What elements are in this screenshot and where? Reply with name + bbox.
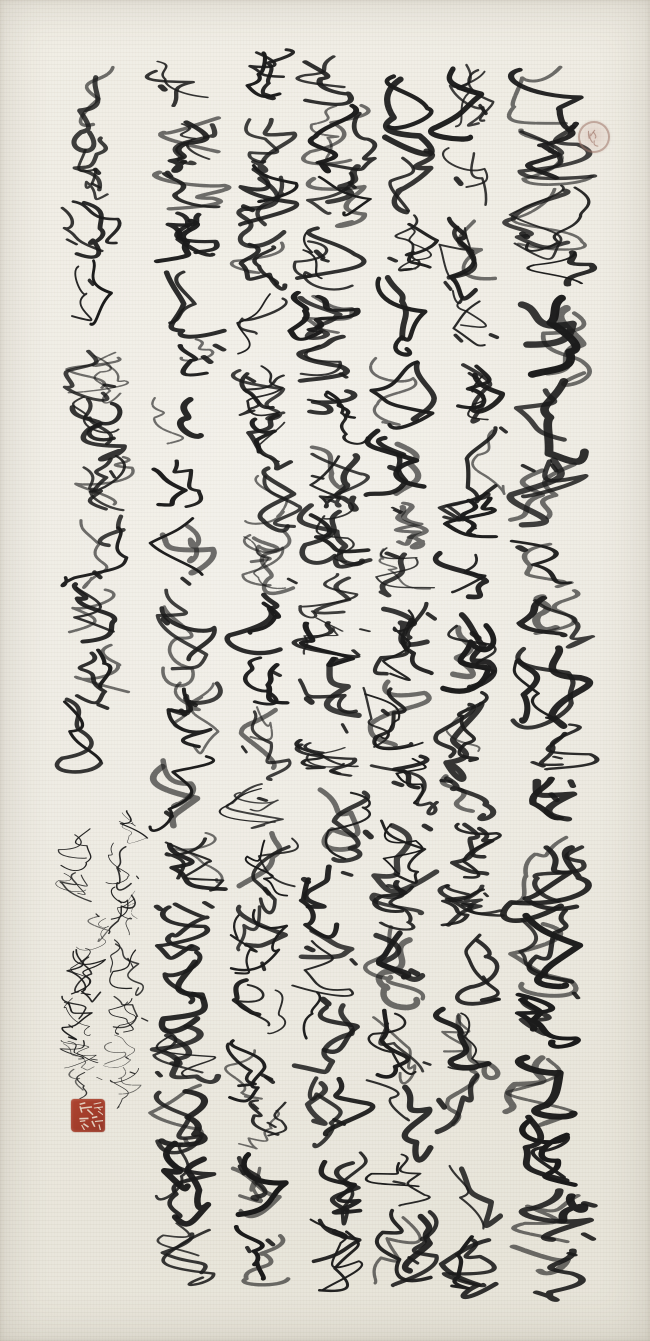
calligraphy-character xyxy=(296,440,380,500)
calligraphy-character xyxy=(223,1148,295,1223)
calligraphy-character xyxy=(295,334,379,387)
calligraphy-character xyxy=(53,696,129,765)
calligraphy-character xyxy=(53,58,129,135)
calligraphy-character xyxy=(435,879,511,927)
calligraphy-character xyxy=(64,452,140,512)
calligraphy-character xyxy=(497,55,593,124)
poem-column-5: 风华正茂书生意气挥斥方遒指点江山激扬文字 xyxy=(226,48,298,1280)
calligraphy-character xyxy=(52,995,102,1038)
calligraphy-character xyxy=(151,672,235,750)
calligraphy-character xyxy=(225,704,297,782)
calligraphy-character xyxy=(107,806,153,839)
calligraphy-character xyxy=(366,600,446,676)
calligraphy-character xyxy=(495,1115,591,1186)
calligraphy-character xyxy=(147,112,231,163)
calligraphy-character xyxy=(299,1211,383,1290)
calligraphy-character xyxy=(229,412,301,462)
calligraphy-character xyxy=(148,1141,232,1220)
calligraphy-character xyxy=(233,462,305,527)
calligraphy-character xyxy=(434,818,510,879)
calligraphy-character xyxy=(508,585,604,639)
calligraphy-character xyxy=(143,947,227,1021)
inscription-column-left: 敬书于岳麓山下 xyxy=(58,826,108,1100)
calligraphy-character xyxy=(142,58,226,112)
calligraphy-character xyxy=(141,453,225,513)
calligraphy-character xyxy=(436,927,512,1000)
calligraphy-character xyxy=(502,720,598,770)
calligraphy-artwork: 独立寒秋湘江北去橘子洲头看万山红遍层林 尽染漫江碧透百舸争流鹰击长空鱼翔浅底 万… xyxy=(0,0,650,1341)
calligraphy-character xyxy=(151,830,235,892)
poem-column-4: 浮携来百侣曾游忆往昔峥嵘岁月稠恰同学少年 xyxy=(291,52,375,1290)
round-artist-seal xyxy=(578,121,610,153)
calligraphy-character xyxy=(149,211,233,265)
calligraphy-character xyxy=(65,254,141,345)
calligraphy-character xyxy=(148,333,232,385)
calligraphy-character xyxy=(61,643,137,696)
calligraphy-character xyxy=(501,179,597,245)
calligraphy-character xyxy=(59,580,135,643)
calligraphy-character xyxy=(57,135,133,197)
poem-column-6: 粪土当年万户侯曾记否到中流击水浪遏飞舟 xyxy=(146,58,230,1280)
calligraphy-character xyxy=(105,990,151,1033)
calligraphy-character xyxy=(298,102,382,162)
calligraphy-character xyxy=(297,782,381,861)
calligraphy-character xyxy=(232,527,304,591)
calligraphy-character xyxy=(223,976,295,1036)
calligraphy-character xyxy=(145,589,229,672)
calligraphy-character xyxy=(286,738,370,782)
calligraphy-character xyxy=(229,285,301,360)
calligraphy-character xyxy=(103,1066,149,1108)
calligraphy-character xyxy=(502,456,598,531)
calligraphy-character xyxy=(226,654,298,705)
calligraphy-character xyxy=(439,359,515,422)
square-name-seal xyxy=(71,1099,105,1132)
calligraphy-character xyxy=(59,1068,109,1100)
calligraphy-character xyxy=(57,345,133,394)
calligraphy-character xyxy=(53,826,103,867)
calligraphy-character xyxy=(145,385,229,454)
calligraphy-character xyxy=(66,909,116,948)
calligraphy-character xyxy=(145,1220,229,1280)
calligraphy-character xyxy=(221,902,293,976)
calligraphy-character xyxy=(52,197,128,255)
calligraphy-character xyxy=(502,294,598,376)
calligraphy-character xyxy=(290,613,374,660)
calligraphy-character xyxy=(295,1070,379,1146)
calligraphy-character xyxy=(232,163,304,234)
calligraphy-character xyxy=(223,590,295,654)
calligraphy-character xyxy=(509,1186,605,1243)
calligraphy-character xyxy=(364,498,444,543)
calligraphy-character xyxy=(500,531,596,585)
calligraphy-character xyxy=(507,771,603,833)
calligraphy-character xyxy=(148,164,232,211)
calligraphy-character xyxy=(61,947,111,994)
calligraphy-character xyxy=(497,1043,593,1115)
calligraphy-character xyxy=(233,827,305,901)
calligraphy-character xyxy=(59,513,135,580)
calligraphy-character xyxy=(223,361,295,412)
calligraphy-character xyxy=(293,386,377,440)
calligraphy-character xyxy=(143,892,227,948)
calligraphy-character xyxy=(502,833,598,907)
calligraphy-character xyxy=(292,1146,376,1211)
calligraphy-character xyxy=(220,1036,292,1098)
calligraphy-character xyxy=(140,1022,224,1078)
calligraphy-character xyxy=(141,513,225,589)
calligraphy-character xyxy=(440,421,516,489)
calligraphy-character xyxy=(229,104,301,163)
calligraphy-character xyxy=(53,867,103,909)
attribution-column: 毛泽东同志沁园春长沙词 xyxy=(58,58,134,765)
calligraphy-character xyxy=(499,907,595,987)
calligraphy-character xyxy=(224,1223,296,1280)
calligraphy-character xyxy=(141,1078,225,1141)
poem-column-1: 独立寒秋湘江北去橘子洲头看万山红遍层林 xyxy=(502,55,598,1293)
calligraphy-character xyxy=(53,1038,103,1068)
calligraphy-character xyxy=(286,926,370,989)
calligraphy-character xyxy=(437,292,513,358)
calligraphy-character xyxy=(59,394,135,452)
calligraphy-character xyxy=(102,839,148,885)
calligraphy-character xyxy=(148,264,232,333)
calligraphy-character xyxy=(298,163,382,224)
calligraphy-character xyxy=(233,48,305,104)
calligraphy-character xyxy=(224,234,296,286)
calligraphy-character xyxy=(510,245,606,294)
calligraphy-character xyxy=(231,1097,303,1147)
calligraphy-character xyxy=(503,986,599,1043)
calligraphy-character xyxy=(288,990,372,1070)
column-text: 甲申夏日长沙人 xyxy=(100,806,101,807)
column-text: 风华正茂书生意气挥斥方遒指点江山激扬文字 xyxy=(226,48,227,49)
calligraphy-character xyxy=(495,639,591,720)
calligraphy-character xyxy=(504,1243,600,1293)
